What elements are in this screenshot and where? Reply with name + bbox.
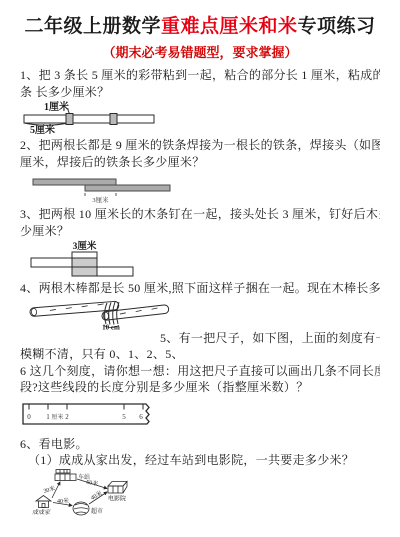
title-highlight: 重难点厘米和米 [161,16,298,37]
q3-joint-length-label: 3厘米 [73,240,97,252]
q3-wood-strips-diagram: 3厘米 [20,240,380,280]
distance-home-market: 40米 [57,497,69,505]
cinema-label: 电影院 [108,494,126,502]
q5-text-line: 6 这几个刻度，请你想一想：用这把尺子直接可以画出几条不同长度的线 [20,363,380,380]
q6-sub-question: （1）成成从家出发，经过车站到电影院，一共要走多少米？ [20,452,380,469]
q3-text-line: 3、把两根 10 厘米长的木条钉在一起，接头处长 3 厘米，钉好后木条长多 [20,206,380,223]
q1-ribbon-bar [24,115,154,123]
market-label: 超市 [91,507,103,515]
question-3: 3、把两根 10 厘米长的木条钉在一起，接头处长 3 厘米，钉好后木条长多 少厘… [20,206,380,280]
q5-text-line: 段?这些线段的长度分别是多少厘米（指整厘米数）？ [20,379,380,396]
question-4: 4、两根木棒都是长 50 厘米,照下面这样子捆在一起。现在木棒长多少厘米？ 10… [20,280,380,330]
q6-route-map: 车站 电影院 成成家 超市 30米 60米 [20,469,380,537]
q3-measure-bracket [72,252,97,258]
q1-text-line: 条 长多少厘米？ [20,84,380,101]
q1-text-line: 1、把 3 条长 5 厘米的彩带粘到一起，粘合的部分长 1 厘米，粘成的彩带 [20,67,380,84]
station-icon [55,469,76,480]
q1-segment-length-label: 5厘米 [30,123,55,134]
home-icon [36,495,51,507]
ruler-number: 0 [27,413,31,421]
q2-iron-bars-diagram: 3厘米 [20,175,380,205]
q1-ribbon-diagram: 1厘米 5厘米 [20,100,380,134]
page-subtitle: （期末必考易错题型，要求掌握） [20,44,380,62]
title-suffix: 专项练习 [298,16,376,37]
question-2: 2、把两根长都是 9 厘米的铁条焊接为一根长的铁条，焊接头（如图）是 3 厘米，… [20,137,380,205]
q1-joint-length-label: 1厘米 [44,100,69,113]
q2-weld-length-label: 3厘米 [92,195,109,204]
worksheet-page: 二年级上册数学重难点厘米和米专项练习 （期末必考易错题型，要求掌握） 1、把 3… [0,0,400,537]
market-icon [73,502,89,515]
q4-overlap-length-label: 10 cm [102,323,120,330]
distance-station-cinema: 60米 [86,477,99,487]
q3-text-line: 少厘米？ [20,223,380,240]
q5-ruler-body [23,404,149,424]
ruler-number: 5 [122,413,126,421]
q4-text-line: 4、两根木棒都是长 50 厘米,照下面这样子捆在一起。现在木棒长多少厘米？ [20,280,380,297]
question-6: 6、看电影。 （1）成成从家出发，经过车站到电影院，一共要走多少米？ 车站 [20,436,380,537]
title-prefix: 二年级上册数学 [24,16,161,37]
home-label: 成成家 [32,508,51,516]
ruler-unit-label: 厘米 [51,413,63,421]
q1-glue-joint [110,114,117,125]
distance-market-cinema: 40米 [89,489,103,502]
q2-iron-bar-top [33,179,116,185]
q2-iron-bar-bottom [85,185,170,191]
q2-text-line: 厘米，焊接后的铁条长多少厘米？ [20,154,380,171]
page-title: 二年级上册数学重难点厘米和米专项练习 [20,14,380,40]
q3-overlap-region [72,258,97,267]
q1-glue-joint [66,114,73,125]
q2-text-line: 2、把两根长都是 9 厘米的铁条焊接为一根长的铁条，焊接头（如图）是 3 [20,137,380,154]
q4-sticks-diagram: 10 cm [20,297,380,330]
ruler-number: 1 [46,413,50,421]
ruler-number: 2 [65,413,69,421]
question-1: 1、把 3 条长 5 厘米的彩带粘到一起，粘合的部分长 1 厘米，粘成的彩带 条… [20,67,380,134]
q5-text-line: 5、有一把尺子，如下图，上面的刻度有一段 [20,330,380,347]
q3-overlap-region [72,267,97,276]
q5-ruler-diagram: 0 1 厘米 2 5 6 [20,398,380,433]
question-5: 5、有一把尺子，如下图，上面的刻度有一段 模糊不清，只有 0、1、2、5、 6 … [20,330,380,433]
ruler-number: 6 [139,413,143,421]
q6-heading: 6、看电影。 [20,436,380,453]
cinema-icon [108,481,127,493]
q5-text-line: 模糊不清，只有 0、1、2、5、 [20,346,380,363]
